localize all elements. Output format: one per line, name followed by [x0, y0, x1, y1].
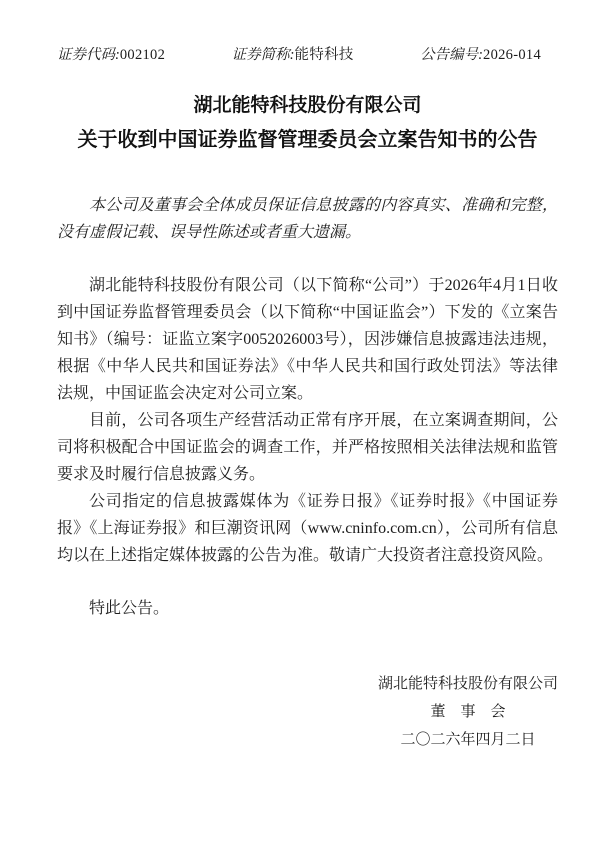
stock-code-value: 002102 — [120, 47, 165, 63]
stock-code-label: 证券代码: — [57, 47, 120, 63]
announcement-title: 关于收到中国证券监督管理委员会立案告知书的公告 — [57, 126, 558, 154]
announcement-number-label: 公告编号: — [420, 47, 483, 63]
signature-date: 二〇二六年四月二日 — [378, 726, 558, 754]
stock-abbr: 证券简称:能特科技 — [232, 45, 354, 65]
company-title: 湖北能特科技股份有限公司 — [57, 93, 558, 119]
closing-paragraph: 特此公告。 — [57, 595, 558, 622]
signature-company: 湖北能特科技股份有限公司 — [378, 670, 558, 698]
stock-code: 证券代码:002102 — [57, 45, 165, 65]
stock-abbr-value: 能特科技 — [294, 47, 353, 63]
signature-board: 董 事 会 — [378, 698, 558, 726]
announcement-number-value: 2026-014 — [483, 47, 541, 63]
announcement-number: 公告编号:2026-014 — [420, 45, 541, 65]
announcement-page: 证券代码:002102 证券简称:能特科技 公告编号:2026-014 湖北能特… — [0, 0, 615, 860]
signature-block: 湖北能特科技股份有限公司 董 事 会 二〇二六年四月二日 — [378, 670, 558, 754]
body-paragraph-operations: 目前，公司各项生产经营活动正常有序开展，在立案调查期间，公司将积极配合中国证监会… — [57, 407, 558, 488]
body-paragraph-filing: 湖北能特科技股份有限公司（以下简称“公司”）于2026年4月1日收到中国证券监督… — [57, 272, 558, 407]
stock-abbr-label: 证券简称: — [232, 47, 295, 63]
disclaimer-paragraph: 本公司及董事会全体成员保证信息披露的内容真实、准确和完整，没有虚假记载、误导性陈… — [57, 192, 558, 246]
body-paragraph-media: 公司指定的信息披露媒体为《证券日报》《证券时报》《中国证券报》《上海证券报》和巨… — [57, 488, 558, 569]
announcement-header: 证券代码:002102 证券简称:能特科技 公告编号:2026-014 — [57, 45, 541, 65]
